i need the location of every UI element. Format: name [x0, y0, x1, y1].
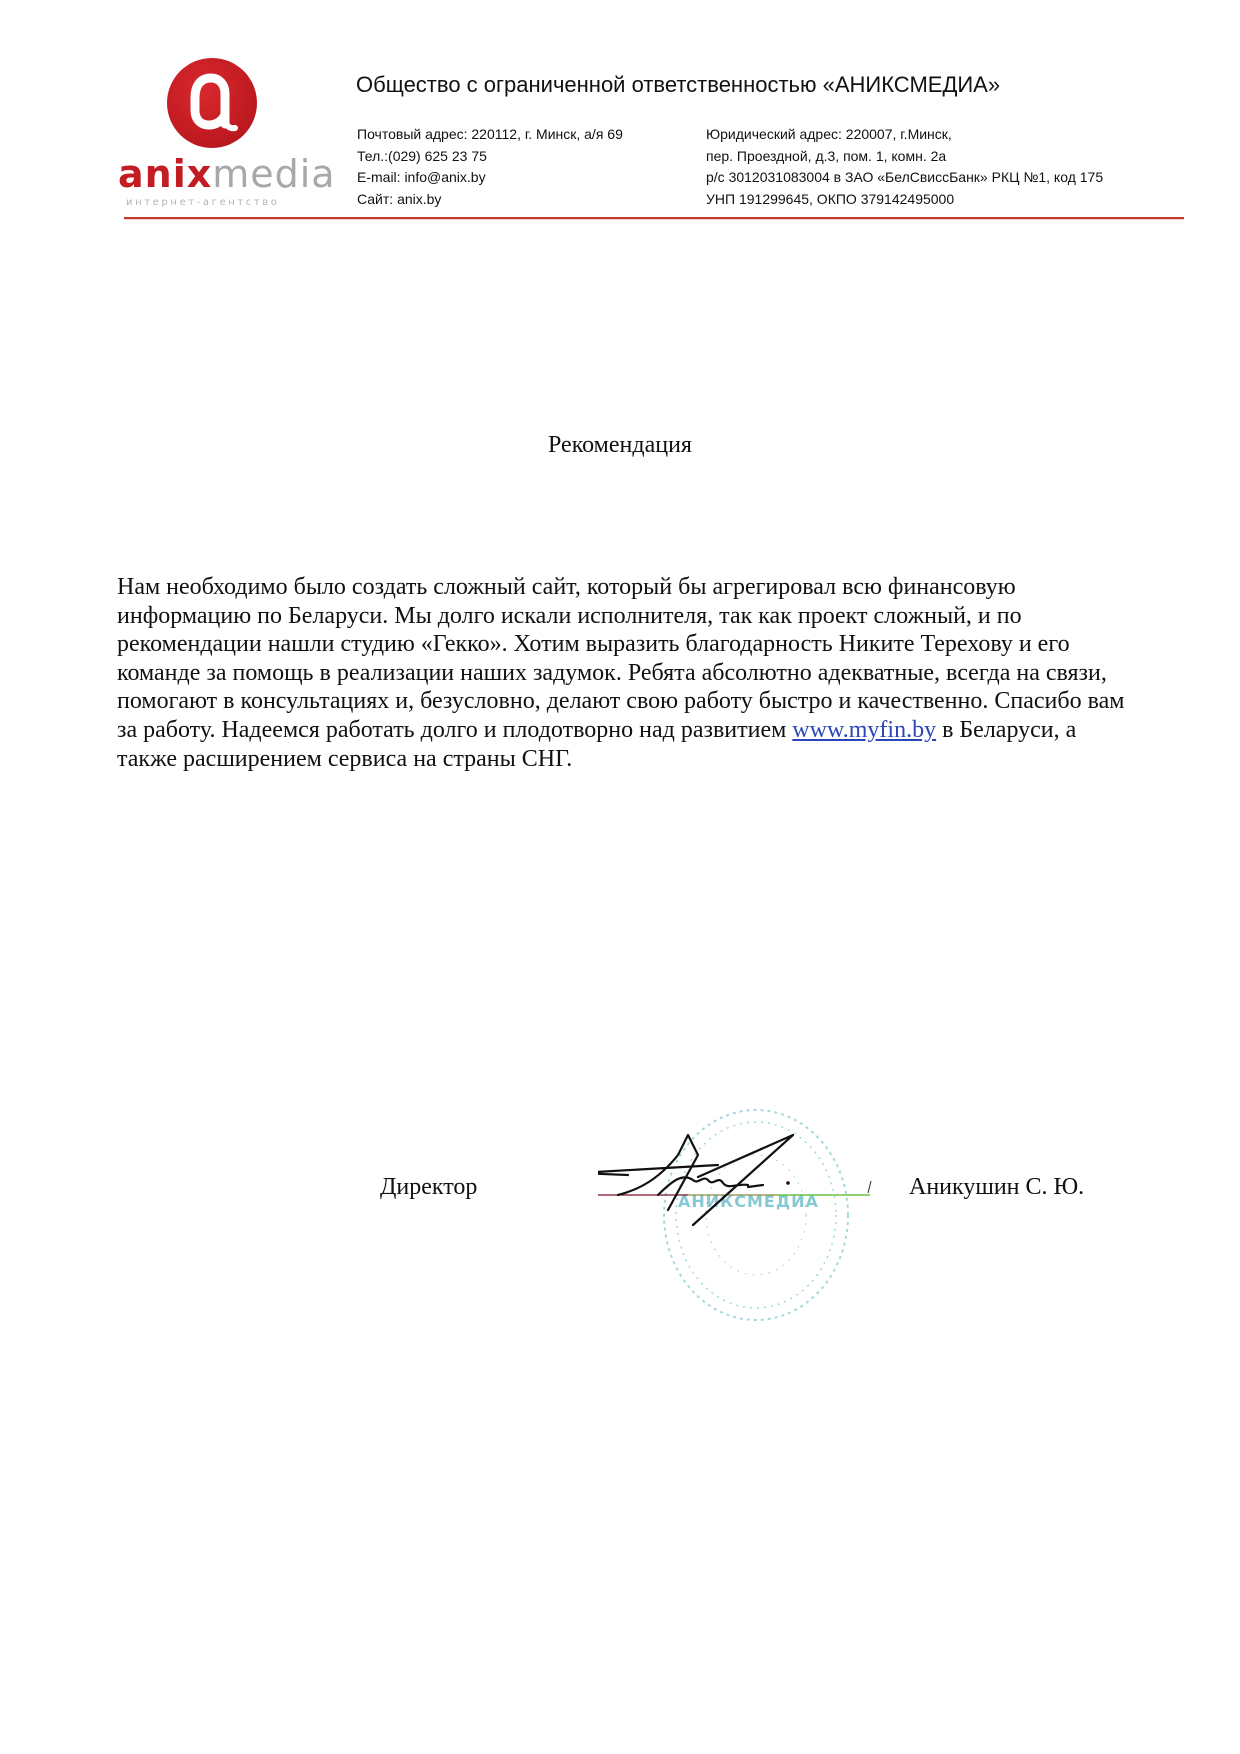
legal-details: Юридический адрес: 220007, г.Минск, пер.… [706, 124, 1103, 210]
postal-contacts: Почтовый адрес: 220112, г. Минск, а/я 69… [357, 124, 623, 210]
logo-word-anix: anix [118, 152, 212, 196]
logo-tagline: интернет-агентство [126, 197, 280, 208]
body-line: Нам необходимо было создать сложный сайт… [117, 573, 1177, 602]
tax-ids: УНП 191299645, ОКПО 379142495000 [706, 189, 1103, 211]
at-sign-circle-icon [167, 58, 257, 148]
header-divider [124, 217, 1184, 219]
postal-address: Почтовый адрес: 220112, г. Минск, а/я 69 [357, 124, 623, 146]
website: Сайт: anix.by [357, 189, 623, 211]
body-line: за работу. Надеемся работать долго и пло… [117, 716, 1177, 745]
bank-account: р/с 3012031083004 в ЗАО «БелСвиссБанк» Р… [706, 167, 1103, 189]
signature-with-stamp: АНИКСМЕДИА [598, 1095, 878, 1325]
signatory-name: Аникушин С. Ю. [909, 1174, 1084, 1201]
body-line: рекомендации нашли студию «Гекко». Хотим… [117, 630, 1177, 659]
company-logo: anixmedia интернет-агентство [118, 58, 318, 208]
signatory-role: Директор [380, 1174, 477, 1201]
logo-wordmark: anixmedia [118, 154, 336, 194]
legal-address-line-2: пер. Проездной, д.3, пом. 1, комн. 2а [706, 146, 1103, 168]
letter-page: anixmedia интернет-агентство Общество с … [0, 0, 1240, 1754]
body-text-after-link: в Беларуси, а [936, 717, 1076, 743]
document-title: Рекомендация [0, 432, 1240, 459]
company-name: Общество с ограниченной ответственностью… [356, 72, 1000, 98]
body-line: помогают в консультациях и, безусловно, … [117, 687, 1177, 716]
myfin-link[interactable]: www.myfin.by [792, 717, 936, 743]
body-text-before-link: за работу. Надеемся работать долго и пло… [117, 717, 792, 743]
legal-address-line-1: Юридический адрес: 220007, г.Минск, [706, 124, 1103, 146]
email: E-mail: info@anix.by [357, 167, 623, 189]
logo-word-media: media [212, 152, 335, 196]
phone: Тел.:(029) 625 23 75 [357, 146, 623, 168]
recommendation-text: Нам необходимо было создать сложный сайт… [117, 573, 1177, 773]
body-line: команде за помощь в реализации наших зад… [117, 659, 1177, 688]
body-line: информацию по Беларуси. Мы долго искали … [117, 602, 1177, 631]
body-line: также расширением сервиса на страны СНГ. [117, 745, 1177, 774]
company-stamp-icon: АНИКСМЕДИА [598, 1095, 878, 1325]
